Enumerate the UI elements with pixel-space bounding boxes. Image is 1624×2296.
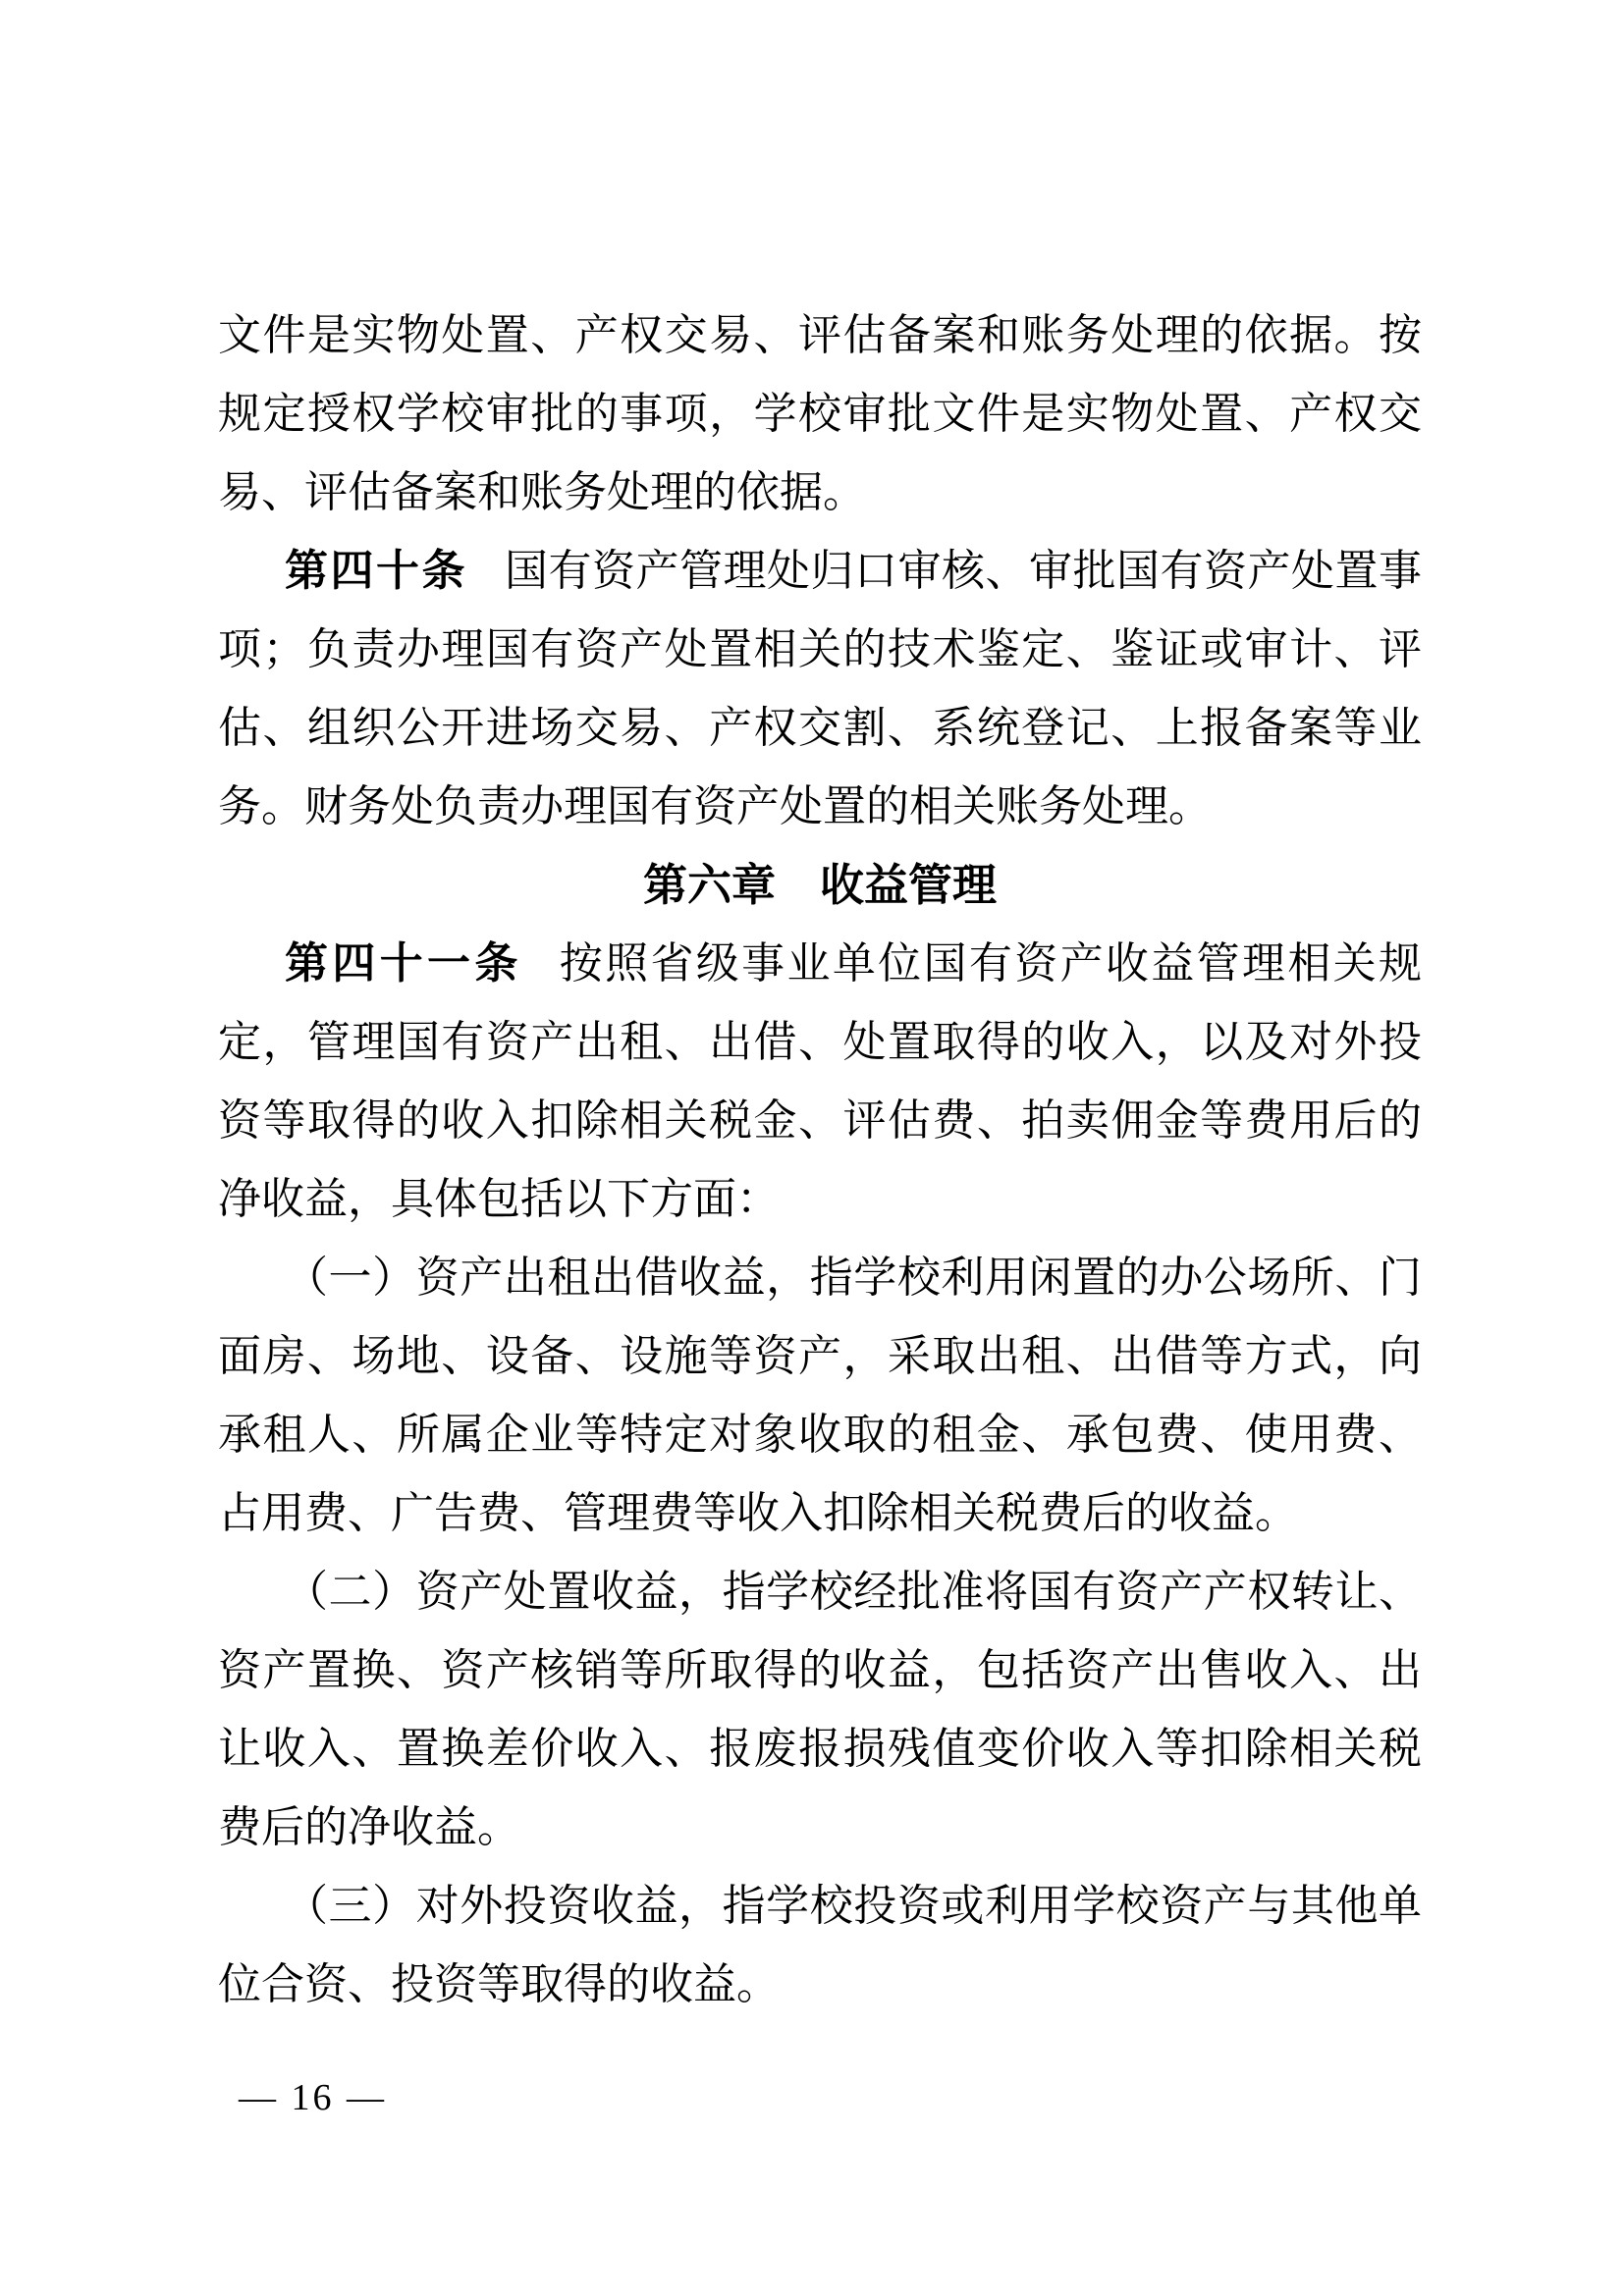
document-body: 文件是实物处置、产权交易、评估备案和账务处理的依据。按规定授权学校审批的事项，学… — [218, 296, 1422, 2024]
paragraph-item-2: （二）资产处置收益，指学校经批准将国有资产产权转让、资产置换、资产核销等所取得的… — [218, 1553, 1422, 1867]
article-41-number: 第四十一条 — [285, 939, 560, 988]
chapter-heading: 第六章 收益管理 — [218, 846, 1422, 925]
paragraph-article-40: 第四十条国有资产管理处归口审核、审批国有资产处置事项；负责办理国有资产处置相关的… — [218, 532, 1422, 846]
paragraph-article-41: 第四十一条按照省级事业单位国有资产收益管理相关规定，管理国有资产出租、出借、处置… — [218, 925, 1422, 1239]
paragraph-item-1: （一）资产出租出借收益，指学校利用闲置的办公场所、门面房、场地、设备、设施等资产… — [218, 1239, 1422, 1553]
page-number: — 16 — — [239, 2073, 387, 2122]
document-page: 文件是实物处置、产权交易、评估备案和账务处理的依据。按规定授权学校审批的事项，学… — [0, 0, 1624, 2296]
paragraph-item-3: （三）对外投资收益，指学校投资或利用学校资产与其他单位合资、投资等取得的收益。 — [218, 1867, 1422, 2024]
article-40-number: 第四十条 — [285, 547, 505, 595]
paragraph-continuation: 文件是实物处置、产权交易、评估备案和账务处理的依据。按规定授权学校审批的事项，学… — [218, 296, 1422, 532]
